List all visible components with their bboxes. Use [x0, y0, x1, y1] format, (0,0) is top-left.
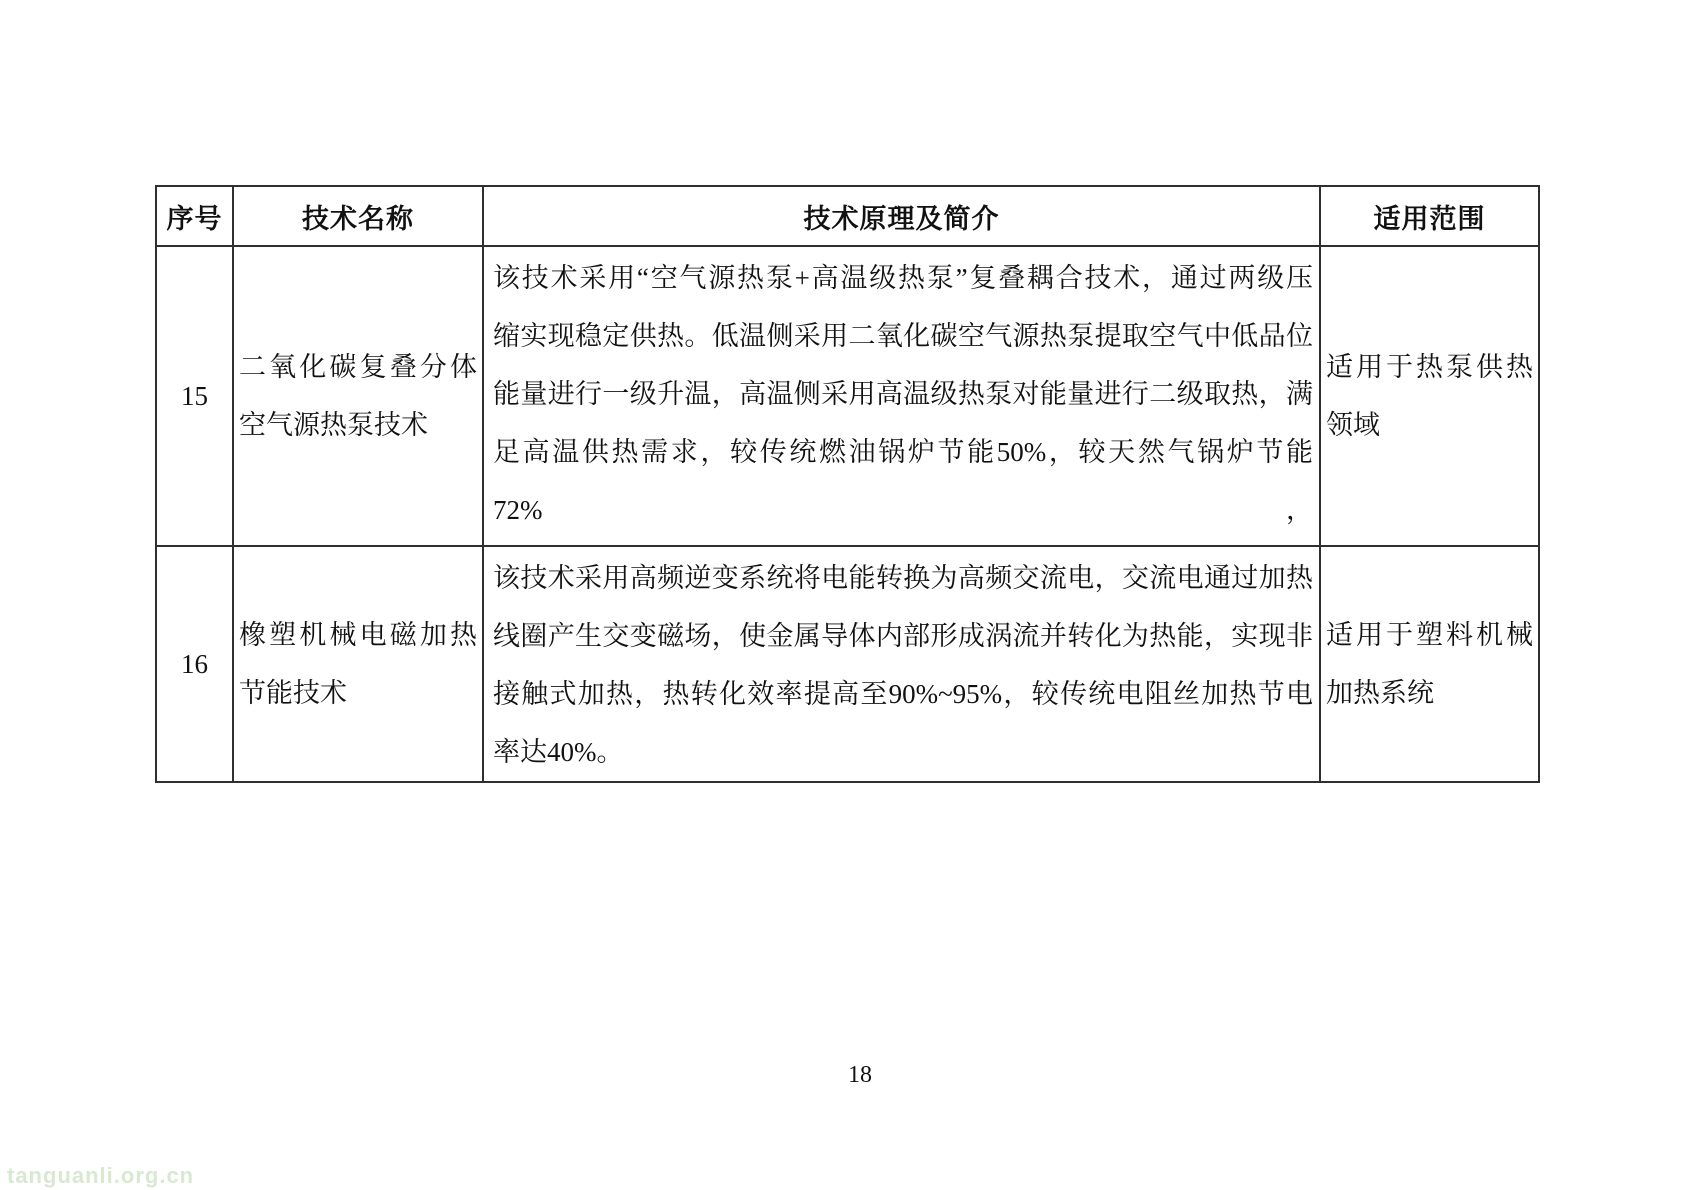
row-15-scope-cell: 适用于热泵供热 领域 — [1321, 247, 1538, 547]
header-col-principle-label: 技术原理及简介 — [804, 197, 1000, 236]
row-16-desc-line: 线圈产生交变磁场，使金属导体内部形成涡流并转化为热能，实现非 — [493, 607, 1313, 665]
row-16-desc-line: 该技术采用高频逆变系统将电能转换为高频交流电，交流电通过加热 — [493, 549, 1313, 607]
document-page: 序号 技术名称 技术原理及简介 适用范围 15 二氧化碳复叠分体 空气源热泵技术… — [0, 0, 1683, 1190]
row-16-name-line: 橡塑机械电磁加热 — [239, 606, 477, 664]
row-15-desc-line: 足高温供热需求，较传统燃油锅炉节能50%，较天然气锅炉节能72%， — [493, 423, 1313, 539]
row-16-scope-line: 适用于塑料机械 — [1326, 606, 1533, 664]
row-16-scope-line: 加热系统 — [1326, 664, 1533, 722]
header-col-scope-label: 适用范围 — [1374, 197, 1486, 236]
row-15-desc-line: 该技术采用“空气源热泵+高温级热泵”复叠耦合技术，通过两级压 — [493, 249, 1313, 307]
technology-table: 序号 技术名称 技术原理及简介 适用范围 15 二氧化碳复叠分体 空气源热泵技术… — [155, 185, 1540, 783]
row-15-name-cell: 二氧化碳复叠分体 空气源热泵技术 — [234, 247, 484, 547]
header-col-index: 序号 — [157, 187, 234, 247]
row-16-index-cell: 16 — [157, 547, 234, 781]
row-15-name-line: 空气源热泵技术 — [239, 396, 477, 454]
header-col-index-label: 序号 — [167, 197, 223, 236]
header-col-name: 技术名称 — [234, 187, 484, 247]
row-15-name-line: 二氧化碳复叠分体 — [239, 338, 477, 396]
row-15-index: 15 — [181, 381, 208, 412]
header-col-name-label: 技术名称 — [302, 197, 414, 236]
watermark: tanguanli.org.cn — [7, 1163, 194, 1189]
row-15-description-cell: 该技术采用“空气源热泵+高温级热泵”复叠耦合技术，通过两级压 缩实现稳定供热。低… — [484, 247, 1321, 547]
row-16-index: 16 — [181, 649, 208, 680]
row-16-desc-line: 率达40%。 — [493, 723, 1313, 781]
row-15-desc-line: 超低温工况下冬季采暖年平均能效比≥2。 — [493, 539, 1313, 547]
row-15-index-cell: 15 — [157, 247, 234, 547]
row-15-desc-line: 能量进行一级升温，高温侧采用高温级热泵对能量进行二级取热，满 — [493, 365, 1313, 423]
row-16-description-cell: 该技术采用高频逆变系统将电能转换为高频交流电，交流电通过加热 线圈产生交变磁场，… — [484, 547, 1321, 781]
row-15-desc-line: 缩实现稳定供热。低温侧采用二氧化碳空气源热泵提取空气中低品位 — [493, 307, 1313, 365]
header-col-principle: 技术原理及简介 — [484, 187, 1321, 247]
header-col-scope: 适用范围 — [1321, 187, 1538, 247]
row-15-scope-line: 领域 — [1326, 396, 1533, 454]
row-15-scope-line: 适用于热泵供热 — [1326, 338, 1533, 396]
row-16-desc-line: 接触式加热，热转化效率提高至90%~95%，较传统电阻丝加热节电 — [493, 665, 1313, 723]
row-16-name-cell: 橡塑机械电磁加热 节能技术 — [234, 547, 484, 781]
page-number: 18 — [0, 1062, 1683, 1089]
row-16-name-line: 节能技术 — [239, 664, 477, 722]
row-16-scope-cell: 适用于塑料机械 加热系统 — [1321, 547, 1538, 781]
